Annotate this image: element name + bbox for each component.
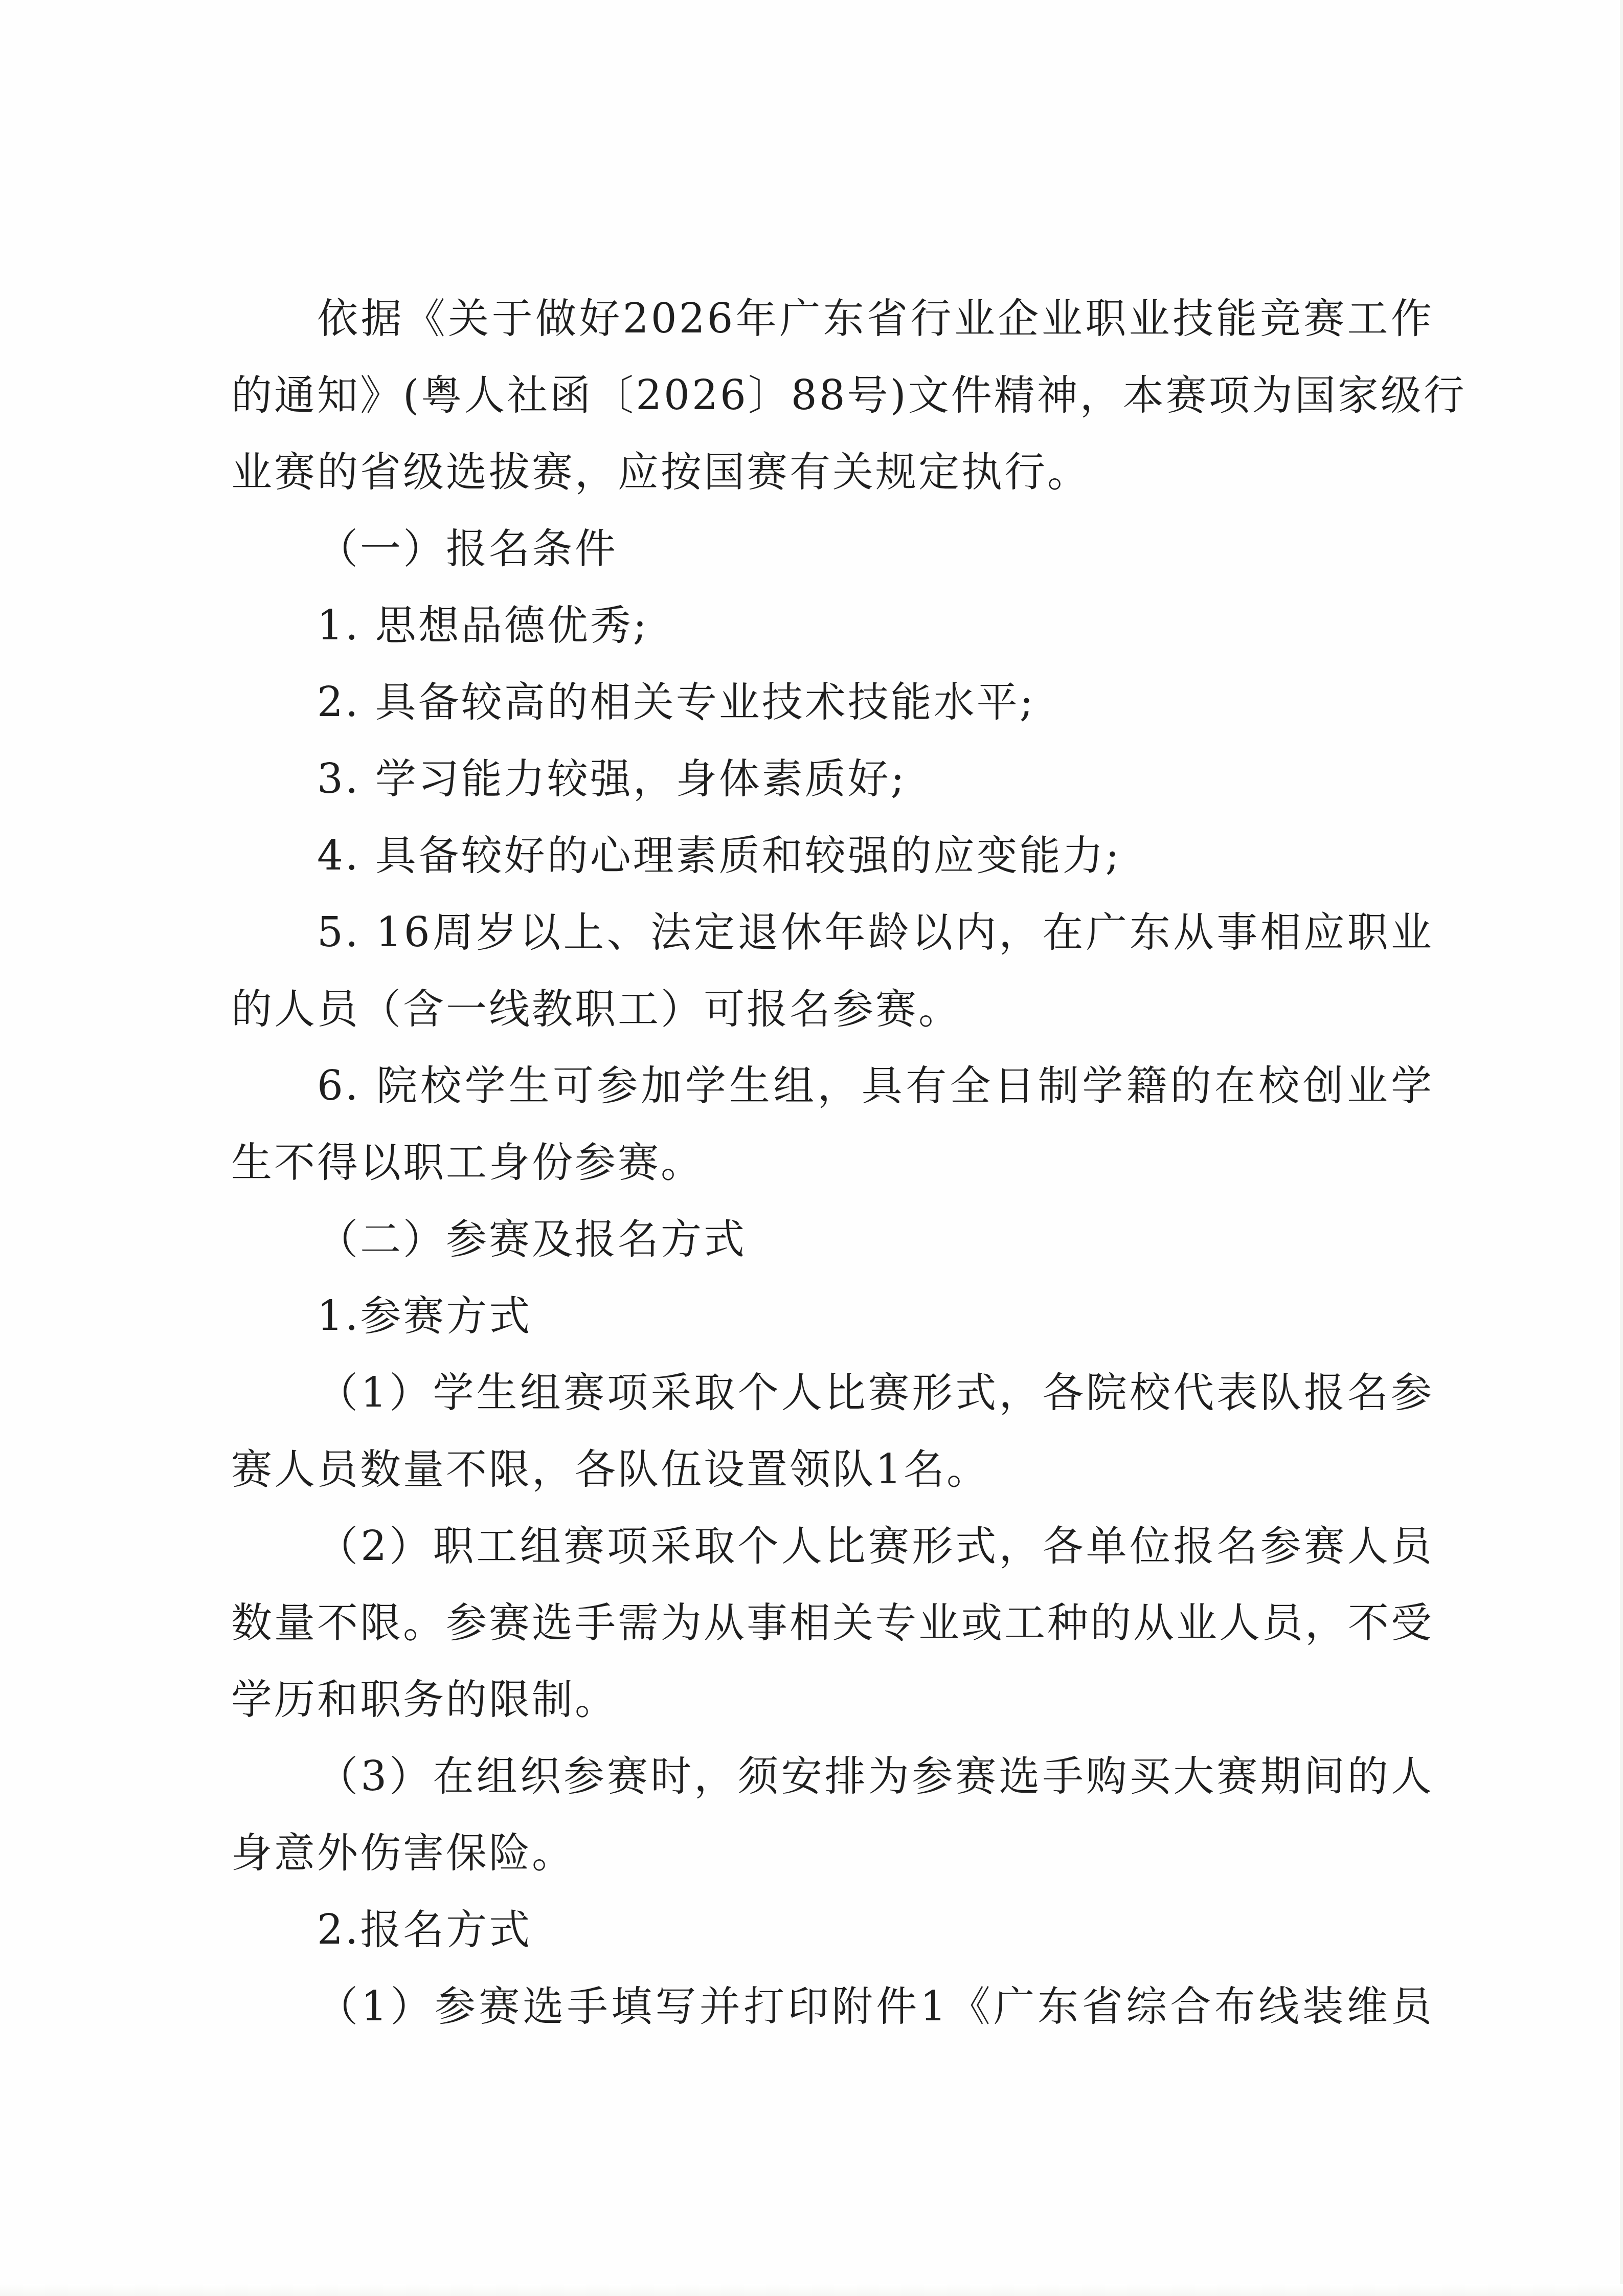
text-line: 生不得以职工身份参赛。 <box>231 1124 1434 1201</box>
participation-item-3: （3）在组织参赛时，须安排为参赛选手购买大赛期间的人 身意外伤害保险。 <box>231 1738 1434 1891</box>
text-line: 数量不限。参赛选手需为从事相关专业或工种的从业人员，不受 <box>231 1585 1434 1661</box>
text-line: （2）职工组赛项采取个人比赛形式，各单位报名参赛人员 <box>231 1508 1434 1585</box>
text-line: 业赛的省级选拔赛，应按国赛有关规定执行。 <box>231 434 1434 510</box>
document-page: 依据《关于做好2026年广东省行业企业职业技能竞赛工作 的通知》(粤人社函〔20… <box>0 0 1623 2296</box>
text-line: 5. 16周岁以上、法定退休年龄以内，在广东从事相应职业 <box>231 894 1434 971</box>
text-line: 的人员（含一线教职工）可报名参赛。 <box>231 971 1434 1047</box>
document-body: 依据《关于做好2026年广东省行业企业职业技能竞赛工作 的通知》(粤人社函〔20… <box>231 280 1434 2045</box>
text-line: 的通知》(粤人社函〔2026〕88号)文件精神，本赛项为国家级行 <box>231 357 1434 434</box>
registration-item-1: （1）参赛选手填写并打印附件1《广东省综合布线装维员 <box>231 1968 1434 2045</box>
condition-item-5: 5. 16周岁以上、法定退休年龄以内，在广东从事相应职业 的人员（含一线教职工）… <box>231 894 1434 1047</box>
text-line: 学历和职务的限制。 <box>231 1661 1434 1738</box>
scan-edge <box>1620 0 1623 2296</box>
text-line: （1）学生组赛项采取个人比赛形式，各院校代表队报名参 <box>231 1354 1434 1431</box>
condition-item-4: 4. 具备较好的心理素质和较强的应变能力; <box>231 817 1434 894</box>
text-line: 赛人员数量不限，各队伍设置领队1名。 <box>231 1431 1434 1508</box>
section-heading-registration-conditions: （一）报名条件 <box>231 510 1434 587</box>
text-line: （3）在组织参赛时，须安排为参赛选手购买大赛期间的人 <box>231 1738 1434 1815</box>
text-line: 身意外伤害保险。 <box>231 1815 1434 1891</box>
intro-paragraph: 依据《关于做好2026年广东省行业企业职业技能竞赛工作 的通知》(粤人社函〔20… <box>231 280 1434 510</box>
text-line: （1）参赛选手填写并打印附件1《广东省综合布线装维员 <box>231 1968 1434 2045</box>
participation-item-1: （1）学生组赛项采取个人比赛形式，各院校代表队报名参 赛人员数量不限，各队伍设置… <box>231 1354 1434 1508</box>
condition-item-1: 1. 思想品德优秀; <box>231 587 1434 664</box>
participation-item-2: （2）职工组赛项采取个人比赛形式，各单位报名参赛人员 数量不限。参赛选手需为从事… <box>231 1508 1434 1738</box>
condition-item-3: 3. 学习能力较强，身体素质好; <box>231 741 1434 817</box>
subheading-participation-method: 1.参赛方式 <box>231 1278 1434 1354</box>
condition-item-2: 2. 具备较高的相关专业技术技能水平; <box>231 664 1434 741</box>
text-line: 6. 院校学生可参加学生组，具有全日制学籍的在校创业学 <box>231 1047 1434 1124</box>
section-heading-participation-and-registration: （二）参赛及报名方式 <box>231 1201 1434 1278</box>
condition-item-6: 6. 院校学生可参加学生组，具有全日制学籍的在校创业学 生不得以职工身份参赛。 <box>231 1047 1434 1201</box>
subheading-registration-method: 2.报名方式 <box>231 1891 1434 1968</box>
text-line: 依据《关于做好2026年广东省行业企业职业技能竞赛工作 <box>231 280 1434 357</box>
